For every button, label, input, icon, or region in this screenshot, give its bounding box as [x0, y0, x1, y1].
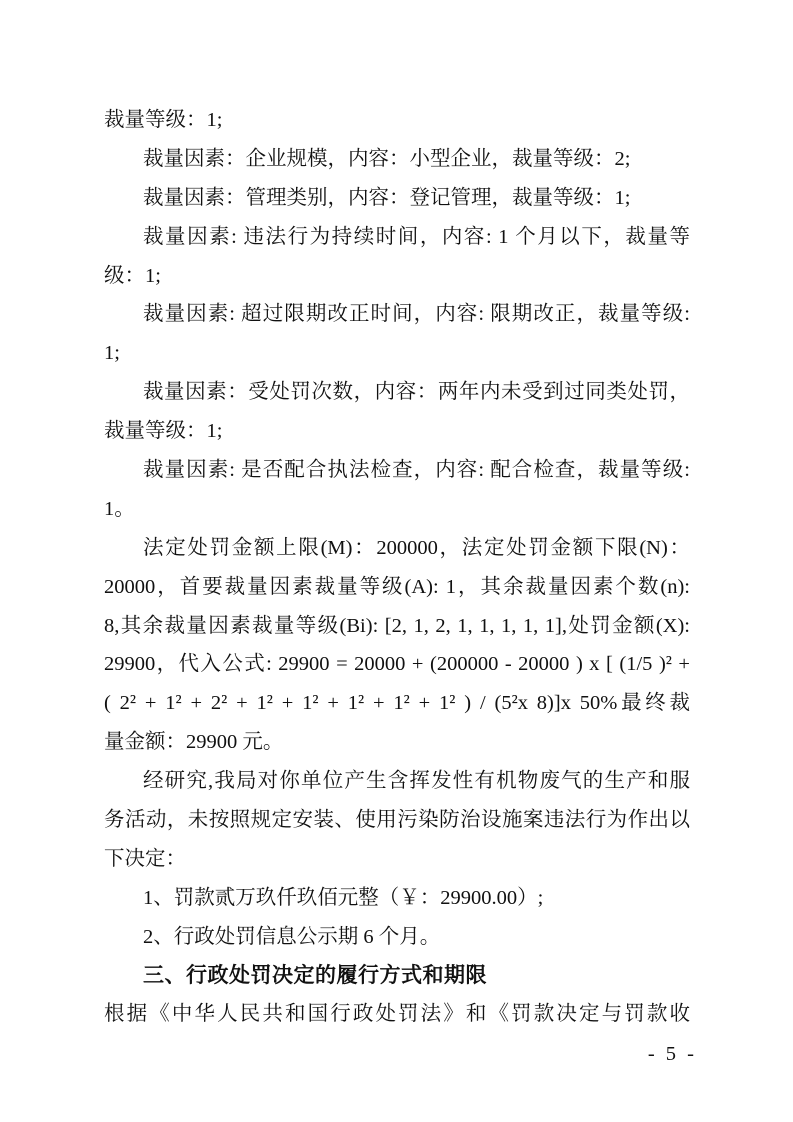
- text-line-16: ( 2² + 1² + 2² + 1² + 1² + 1² + 1² + 1² …: [104, 684, 690, 723]
- text-line-8: 裁量因素：受处罚次数，内容：两年内未受到过同类处罚，: [104, 373, 690, 412]
- text-line-22: 2、行政处罚信息公示期 6 个月。: [104, 918, 690, 957]
- text-line-24: 根据《中华人民共和国行政处罚法》和《罚款决定与罚款收: [104, 995, 690, 1034]
- text-line-4: 裁量因素: 违法行为持续时间，内容: 1 个月以下，裁量等: [104, 218, 690, 257]
- text-line-14: 8,其余裁量因素裁量等级(Bi): [2, 1, 2, 1, 1, 1, 1, …: [104, 607, 690, 646]
- document-page: 裁量等级：1;裁量因素：企业规模，内容：小型企业，裁量等级：2;裁量因素：管理类…: [0, 0, 793, 1122]
- text-line-20: 下决定：: [104, 840, 690, 879]
- text-line-1: 裁量等级：1;: [104, 101, 690, 140]
- text-line-23: 三、行政处罚决定的履行方式和期限: [104, 957, 690, 996]
- text-line-2: 裁量因素：企业规模，内容：小型企业，裁量等级：2;: [104, 140, 690, 179]
- text-line-12: 法定处罚金额上限(M)：200000，法定处罚金额下限(N)：: [104, 529, 690, 568]
- text-line-10: 裁量因素: 是否配合执法检查，内容: 配合检查，裁量等级:: [104, 451, 690, 490]
- text-line-13: 20000，首要裁量因素裁量等级(A): 1，其余裁量因素个数(n):: [104, 568, 690, 607]
- text-line-19: 务活动，未按照规定安装、使用污染防治设施案违法行为作出以: [104, 801, 690, 840]
- text-line-17: 量金额：29900 元。: [104, 723, 690, 762]
- text-line-7: 1;: [104, 334, 690, 373]
- text-line-18: 经研究,我局对你单位产生含挥发性有机物废气的生产和服: [104, 762, 690, 801]
- page-number: - 5 -: [648, 1042, 697, 1067]
- document-body: 裁量等级：1;裁量因素：企业规模，内容：小型企业，裁量等级：2;裁量因素：管理类…: [104, 101, 690, 1034]
- text-line-5: 级：1;: [104, 257, 690, 296]
- text-line-3: 裁量因素：管理类别，内容：登记管理，裁量等级：1;: [104, 179, 690, 218]
- text-line-15: 29900，代入公式: 29900 = 20000 + (200000 - 20…: [104, 645, 690, 684]
- text-line-9: 裁量等级：1;: [104, 412, 690, 451]
- text-line-21: 1、罚款贰万玖仟玖佰元整（￥：29900.00）;: [104, 879, 690, 918]
- text-line-11: 1。: [104, 490, 690, 529]
- text-line-6: 裁量因素: 超过限期改正时间，内容: 限期改正，裁量等级:: [104, 295, 690, 334]
